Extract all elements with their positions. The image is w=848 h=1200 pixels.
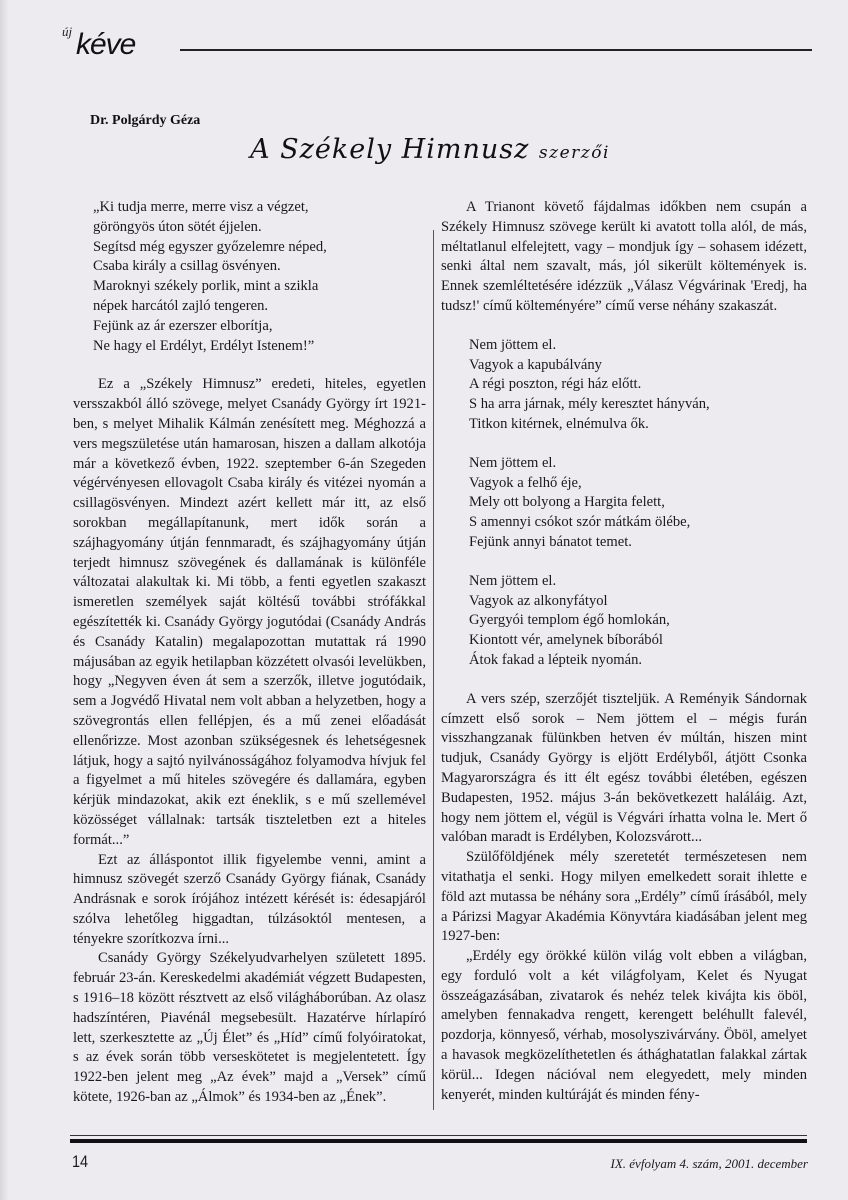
- poem-line: Kiontott vér, amelynek bíborából: [469, 631, 807, 651]
- poem-line: S ha arra járnak, mély keresztet hányván…: [469, 395, 807, 415]
- footer-rule-thick: [70, 1139, 807, 1143]
- body-paragraph: Ez a „Székely Himnusz” eredeti, hiteles,…: [73, 375, 426, 850]
- left-column: „Ki tudja merre, merre visz a végzet, gö…: [73, 198, 426, 1108]
- poem-line: Nem jöttem el.: [469, 336, 807, 356]
- poem-line: Nem jöttem el.: [469, 454, 807, 474]
- article-author: Dr. Polgárdy Géza: [90, 113, 200, 129]
- title-sub: szerzői: [539, 143, 610, 163]
- logo: kéve: [76, 30, 135, 60]
- poem-line: Nem jöttem el.: [469, 572, 807, 592]
- masthead: új kéve: [62, 24, 812, 64]
- article-title: A Székely Himnusz szerzői: [220, 134, 640, 165]
- poem-stanza: Nem jöttem el. Vagyok az alkonyfátyol Gy…: [469, 572, 807, 671]
- poem-line: Segítsd még egyszer győzelemre néped,: [93, 238, 426, 258]
- poem-line: népek harcától zajló tengeren.: [93, 297, 426, 317]
- poem-stanza: Nem jöttem el. Vagyok a felhő éje, Mely …: [469, 454, 807, 553]
- poem-line: Csaba király a csillag ösvényen.: [93, 257, 426, 277]
- poem-line: Mely ott bolyong a Hargita felett,: [469, 493, 807, 513]
- poem-line: Maroknyi székely porlik, mint a szikla: [93, 277, 426, 297]
- body-paragraph: „Erdély egy örökké külön világ volt ebbe…: [441, 947, 807, 1105]
- body-paragraph: Ezt az álláspontot illik figyelembe venn…: [73, 851, 426, 950]
- poem-line: göröngyös úton sötét éjjelen.: [93, 218, 426, 238]
- body-paragraph: A Trianont követő fájdalmas időkben nem …: [441, 198, 807, 317]
- poem-line: Vagyok a kapubálvány: [469, 356, 807, 376]
- masthead-rule: [180, 49, 812, 51]
- issue-info: IX. évfolyam 4. szám, 2001. december: [611, 1156, 808, 1172]
- poem-line: A régi poszton, régi ház előtt.: [469, 375, 807, 395]
- poem-stanza: Nem jöttem el. Vagyok a kapubálvány A ré…: [469, 336, 807, 435]
- poem-line: „Ki tudja merre, merre visz a végzet,: [93, 198, 426, 218]
- right-column: A Trianont követő fájdalmas időkben nem …: [441, 198, 807, 1105]
- poem-line: Titkon kitérnek, elnémulva ők.: [469, 415, 807, 435]
- body-paragraph: Csanády György Székelyudvarhelyen szület…: [73, 949, 426, 1107]
- body-paragraph: A vers szép, szerzőjét tiszteljük. A Rem…: [441, 690, 807, 848]
- poem-line: Ne hagy el Erdélyt, Erdélyt Istenem!”: [93, 337, 426, 357]
- poem-line: Vagyok a felhő éje,: [469, 474, 807, 494]
- title-main: A Székely Himnusz: [250, 134, 529, 165]
- poem-line: Fejünk az ár ezerszer elborítja,: [93, 317, 426, 337]
- logo-prefix: új: [62, 24, 72, 40]
- body-paragraph: Szülőföldjének mély szeretetét természet…: [441, 848, 807, 947]
- poem-line: S amennyi csókot szór mátkám ölébe,: [469, 513, 807, 533]
- column-divider: [433, 230, 434, 1110]
- poem-line: Vagyok az alkonyfátyol: [469, 592, 807, 612]
- quoted-poem: Nem jöttem el. Vagyok a kapubálvány A ré…: [441, 336, 807, 671]
- anthem-poem: „Ki tudja merre, merre visz a végzet, gö…: [73, 198, 426, 356]
- poem-line: Átok fakad a lépteik nyomán.: [469, 651, 807, 671]
- page-edge: [0, 0, 8, 1200]
- footer-rule-thin: [70, 1135, 807, 1136]
- poem-line: Fejünk annyi bánatot temet.: [469, 533, 807, 553]
- poem-line: Gyergyói templom égő homlokán,: [469, 611, 807, 631]
- page-number: 14: [72, 1152, 88, 1172]
